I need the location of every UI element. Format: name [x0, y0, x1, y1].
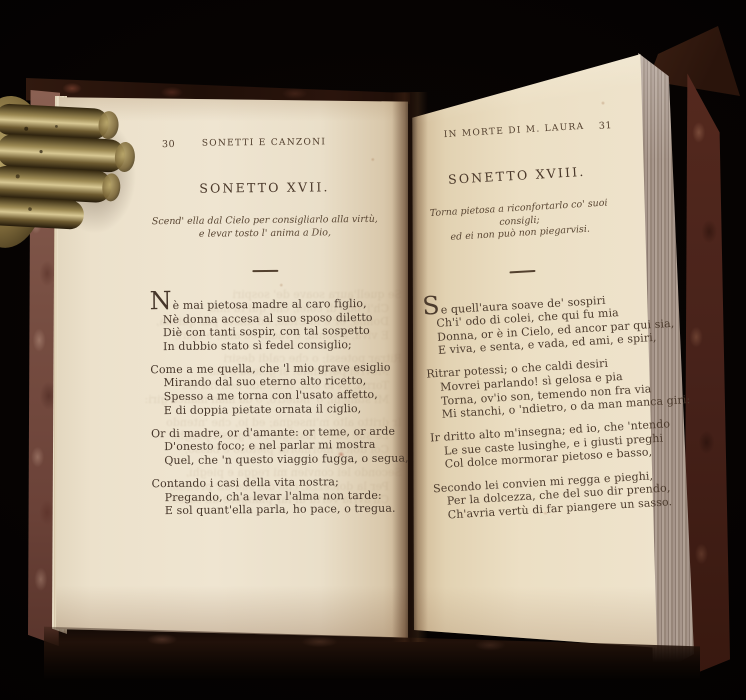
left-page-header: 30 SONETTI E CANZONI: [148, 137, 380, 153]
sonnet-title: SONETTO XVIII.: [414, 162, 619, 189]
running-title: SONETTI E CANZONI: [148, 137, 380, 149]
stanza: Contando i casi della vita nostra;Pregan…: [152, 475, 384, 518]
section-rule: [509, 269, 535, 273]
drop-cap-initial: N: [150, 286, 172, 315]
left-page-text: 30 SONETTI E CANZONI SONETTO XVII. Scend…: [148, 137, 384, 528]
poem-line: Nè mai pietosa madre al caro figlio,: [150, 293, 382, 313]
section-rule: [252, 270, 278, 272]
book-photo-scene: Se quell'aura soave de' sospiriCh'i' odo…: [0, 0, 746, 700]
drop-cap-initial: S: [421, 290, 440, 320]
stanza: Ritrar potessi; o che caldi desiriMovrei…: [426, 356, 633, 422]
sonnet-title: SONETTO XVII.: [148, 179, 380, 196]
page-number: 31: [599, 120, 613, 132]
sonnet-argument: Torna pietosa a riconfortarlo co' suoi c…: [417, 197, 623, 247]
right-page-text: IN MORTE DI M. LAURA 31 SONETTO XVIII. T…: [412, 120, 639, 532]
argument-line: e levar tosto l' anima a Dio,: [149, 226, 381, 241]
stanza: Or di madre, or d'amante: or teme, or ar…: [151, 425, 383, 468]
stanza: Nè mai pietosa madre al caro figlio,Nè d…: [150, 293, 383, 354]
sonnet-body: Nè mai pietosa madre al caro figlio,Nè d…: [150, 293, 384, 518]
argument-line: Scend' ella dal Cielo per consigliarlo a…: [149, 214, 381, 229]
stanza: Se quell'aura soave de' sospiriCh'i' odo…: [422, 288, 629, 358]
poem-line: Quel, che 'n questo viaggio fugga, o seg…: [151, 452, 383, 468]
poem-line: In dubbio stato sì fedel consiglio;: [150, 338, 382, 354]
poem-line: E sol quant'ella parla, ho pace, o tregu…: [152, 502, 384, 518]
poem-line: E di doppia pietate ornata il ciglio,: [151, 401, 383, 417]
stanza: Ir dritto alto m'insegna; ed io, che 'nt…: [430, 420, 636, 473]
sonnet-argument: Scend' ella dal Cielo per consigliarlo a…: [149, 214, 381, 241]
brass-hand-page-holder-icon: [0, 82, 140, 256]
stanza: Come a me quella, che 'l mio grave esigl…: [150, 361, 383, 418]
stanza: Secondo lei convien mi regga e pieghi,Pe…: [433, 470, 639, 523]
sonnet-body: Se quell'aura soave de' sospiriCh'i' odo…: [422, 288, 639, 523]
page-number: 30: [162, 139, 175, 150]
